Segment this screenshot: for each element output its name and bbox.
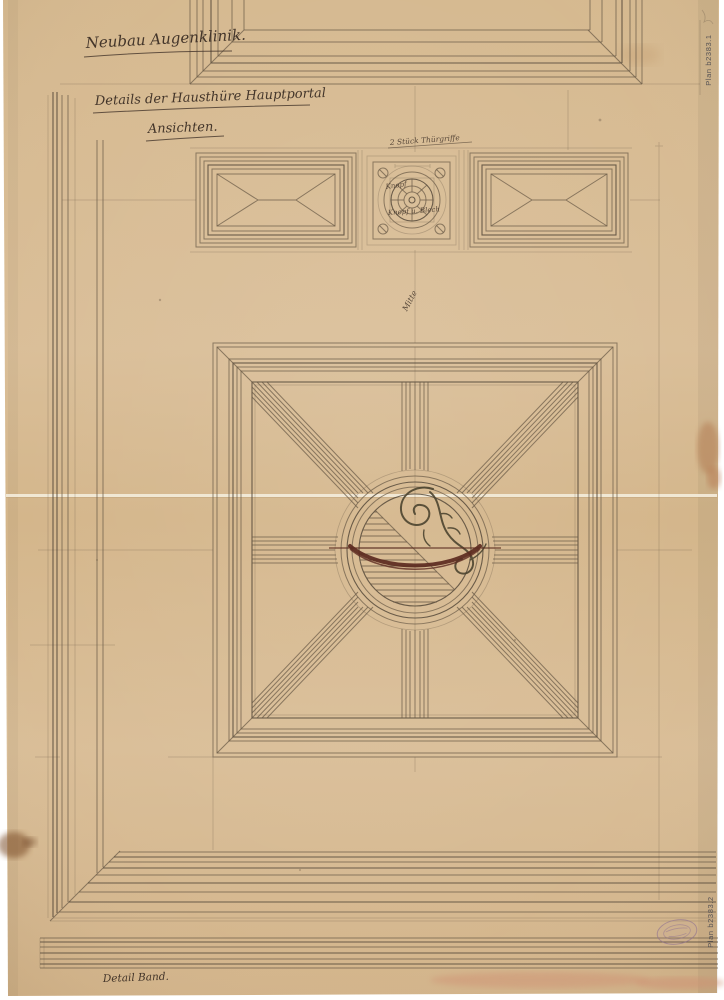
paper-sheet <box>3 0 719 996</box>
sill-molding-band <box>40 938 718 968</box>
title-view: Ansichten. <box>147 120 218 137</box>
main-coffer-panel-detail <box>213 343 617 757</box>
paper-seam <box>6 494 717 498</box>
bottom-label: Detail Band. <box>102 971 169 985</box>
drawing-canvas: Neubau Augenklinik. Details der Hausthür… <box>0 0 724 1000</box>
scanned-plan-sheet: Neubau Augenklinik. Details der Hausthür… <box>0 0 724 1000</box>
plan-number-top: Plan b2383.1 <box>704 34 713 85</box>
stain-bottom-pink <box>430 972 650 988</box>
plan-number-bottom: Plan b2383.2 <box>706 896 715 947</box>
stain-right-sienna <box>697 422 719 474</box>
